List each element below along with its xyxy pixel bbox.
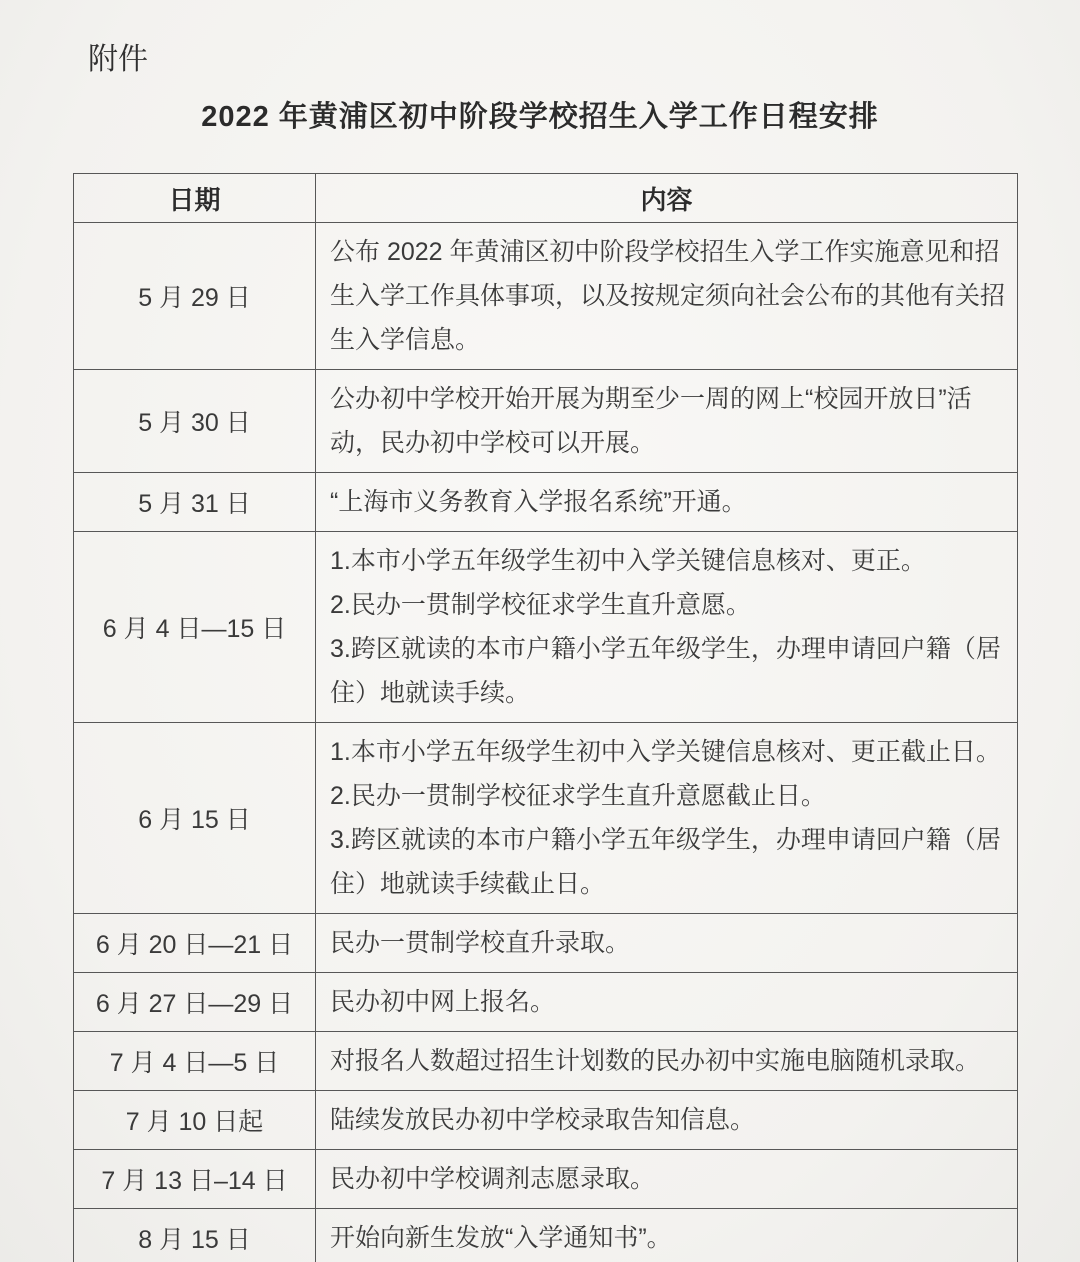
table-row: 8 月 15 日 开始向新生发放“入学通知书”。 — [74, 1209, 1018, 1262]
content-cell: 开始向新生发放“入学通知书”。 — [316, 1209, 1018, 1262]
date-cell: 5 月 31 日 — [74, 473, 316, 532]
date-cell: 7 月 4 日—5 日 — [74, 1032, 316, 1091]
schedule-table: 日期 内容 5 月 29 日 公布 2022 年黄浦区初中阶段学校招生入学工作实… — [73, 173, 1018, 1262]
content-paragraph: 民办初中网上报名。 — [330, 980, 1005, 1024]
table-row: 6 月 27 日—29 日 民办初中网上报名。 — [74, 973, 1018, 1032]
content-paragraph: 3.跨区就读的本市户籍小学五年级学生，办理申请回户籍（居住）地就读手续。 — [330, 627, 1005, 715]
content-cell: 公办初中学校开始开展为期至少一周的网上“校园开放日”活动，民办初中学校可以开展。 — [316, 370, 1018, 473]
document-page: 附件 2022 年黄浦区初中阶段学校招生入学工作日程安排 日期 内容 5 月 2… — [0, 0, 1080, 1262]
date-cell: 7 月 13 日–14 日 — [74, 1150, 316, 1209]
date-cell: 8 月 15 日 — [74, 1209, 316, 1262]
table-row: 7 月 10 日起 陆续发放民办初中学校录取告知信息。 — [74, 1091, 1018, 1150]
content-paragraph: 3.跨区就读的本市户籍小学五年级学生，办理申请回户籍（居住）地就读手续截止日。 — [330, 818, 1005, 906]
content-column-header: 内容 — [316, 174, 1018, 223]
content-paragraph: 1.本市小学五年级学生初中入学关键信息核对、更正。 — [330, 539, 1005, 583]
content-paragraph: 开始向新生发放“入学通知书”。 — [330, 1216, 1005, 1260]
content-paragraph: 2.民办一贯制学校征求学生直升意愿截止日。 — [330, 774, 1005, 818]
content-cell: 民办初中学校调剂志愿录取。 — [316, 1150, 1018, 1209]
table-header-row: 日期 内容 — [74, 174, 1018, 223]
date-cell: 6 月 20 日—21 日 — [74, 914, 316, 973]
content-cell: 陆续发放民办初中学校录取告知信息。 — [316, 1091, 1018, 1150]
table-row: 6 月 20 日—21 日 民办一贯制学校直升录取。 — [74, 914, 1018, 973]
content-cell: 民办初中网上报名。 — [316, 973, 1018, 1032]
content-cell: 1.本市小学五年级学生初中入学关键信息核对、更正。 2.民办一贯制学校征求学生直… — [316, 532, 1018, 723]
content-cell: 1.本市小学五年级学生初中入学关键信息核对、更正截止日。 2.民办一贯制学校征求… — [316, 723, 1018, 914]
content-cell: “上海市义务教育入学报名系统”开通。 — [316, 473, 1018, 532]
table-row: 6 月 15 日 1.本市小学五年级学生初中入学关键信息核对、更正截止日。 2.… — [74, 723, 1018, 914]
table-row: 5 月 29 日 公布 2022 年黄浦区初中阶段学校招生入学工作实施意见和招生… — [74, 223, 1018, 370]
date-cell: 6 月 27 日—29 日 — [74, 973, 316, 1032]
date-cell: 5 月 29 日 — [74, 223, 316, 370]
attachment-label: 附件 — [88, 34, 1080, 78]
content-cell: 对报名人数超过招生计划数的民办初中实施电脑随机录取。 — [316, 1032, 1018, 1091]
table-row: 7 月 4 日—5 日 对报名人数超过招生计划数的民办初中实施电脑随机录取。 — [74, 1032, 1018, 1091]
content-cell: 民办一贯制学校直升录取。 — [316, 914, 1018, 973]
table-row: 7 月 13 日–14 日 民办初中学校调剂志愿录取。 — [74, 1150, 1018, 1209]
content-paragraph: “上海市义务教育入学报名系统”开通。 — [330, 480, 1005, 524]
date-cell: 7 月 10 日起 — [74, 1091, 316, 1150]
date-cell: 6 月 15 日 — [74, 723, 316, 914]
table-row: 6 月 4 日—15 日 1.本市小学五年级学生初中入学关键信息核对、更正。 2… — [74, 532, 1018, 723]
content-paragraph: 民办一贯制学校直升录取。 — [330, 921, 1005, 965]
content-paragraph: 公布 2022 年黄浦区初中阶段学校招生入学工作实施意见和招生入学工作具体事项，… — [330, 230, 1005, 362]
table-row: 5 月 30 日 公办初中学校开始开展为期至少一周的网上“校园开放日”活动，民办… — [74, 370, 1018, 473]
table-row: 5 月 31 日 “上海市义务教育入学报名系统”开通。 — [74, 473, 1018, 532]
page-title: 2022 年黄浦区初中阶段学校招生入学工作日程安排 — [0, 94, 1080, 135]
content-paragraph: 2.民办一贯制学校征求学生直升意愿。 — [330, 583, 1005, 627]
date-cell: 6 月 4 日—15 日 — [74, 532, 316, 723]
date-column-header: 日期 — [74, 174, 316, 223]
content-paragraph: 对报名人数超过招生计划数的民办初中实施电脑随机录取。 — [330, 1039, 1005, 1083]
date-cell: 5 月 30 日 — [74, 370, 316, 473]
content-paragraph: 陆续发放民办初中学校录取告知信息。 — [330, 1098, 1005, 1142]
content-cell: 公布 2022 年黄浦区初中阶段学校招生入学工作实施意见和招生入学工作具体事项，… — [316, 223, 1018, 370]
content-paragraph: 民办初中学校调剂志愿录取。 — [330, 1157, 1005, 1201]
content-paragraph: 1.本市小学五年级学生初中入学关键信息核对、更正截止日。 — [330, 730, 1005, 774]
content-paragraph: 公办初中学校开始开展为期至少一周的网上“校园开放日”活动，民办初中学校可以开展。 — [330, 377, 1005, 465]
